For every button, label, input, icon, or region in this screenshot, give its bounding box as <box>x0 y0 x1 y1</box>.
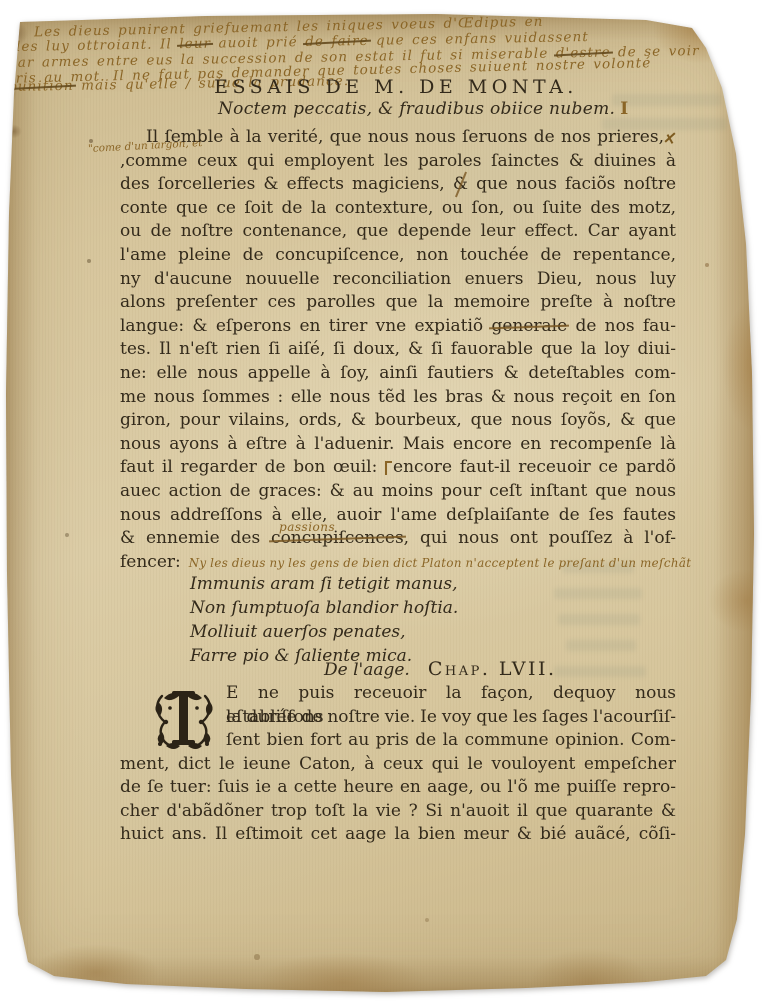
body-line: fencer:Ny les dieus ny les gens de bien … <box>120 551 676 575</box>
body-paragraph-2: E ne puis receuoir la façon, dequoy nous… <box>120 682 676 847</box>
page-wrapper: Les dieus punirent griefuemant les iniqu… <box>0 0 768 1007</box>
body-line: ment, dict le ieune Caton, à ceux qui le… <box>120 753 676 777</box>
chapter-number: Chap. LVII. <box>428 658 557 680</box>
body-line: nous addreſſons à elle, auoir l'ame deſp… <box>120 504 676 528</box>
body-line: ny d'aucune nouuelle reconciliation enue… <box>120 268 676 292</box>
bleedthrough-mark <box>554 666 646 677</box>
body-line: conte que ce ſoit de la contexture, ou ſ… <box>120 197 676 221</box>
line-text: Il ſemble à la verité, que nous nous ſer… <box>146 127 664 147</box>
slashed-ampersand: & <box>453 174 468 194</box>
struck-word: concupiſcencespassions <box>271 528 404 548</box>
body-line: cher d'abãdõner trop toſt la vie ? Si n'… <box>120 800 676 824</box>
annotation-text: auoit prié <box>211 34 305 52</box>
chapter-heading: De l'aage.Chap. LVII. <box>324 658 557 680</box>
pen-bracket-mark <box>385 461 392 475</box>
body-line: me nous ſommes : elle nous tẽd les bras … <box>120 386 676 410</box>
body-line: ,comme ceux qui employent les paroles ſa… <box>120 150 676 174</box>
bleedthrough-mark <box>554 588 642 599</box>
line-text: de nos fau- <box>567 316 676 336</box>
body-line: Il ſemble à la verité, que nous nous ſer… <box>120 126 676 150</box>
struck-word: generale <box>491 316 567 336</box>
line-text: des ſorcelleries & effects magiciens, <box>120 174 453 194</box>
scanned-book-photo: Les dieus punirent griefuemant les iniqu… <box>0 0 768 1007</box>
book-page: Les dieus punirent griefuemant les iniqu… <box>6 14 754 992</box>
struck-word: de faire <box>305 33 369 50</box>
line-text: langue: & eſperons en tirer vne expiatiõ <box>120 316 491 336</box>
body-line: ne: elle nous appelle à ſoy, ainſi fauti… <box>120 362 676 386</box>
body-line: giron, pour vilains, ords, & bourbeux, q… <box>120 409 676 433</box>
line-text: que nous faciõs noſtre <box>468 174 676 194</box>
body-line: auec action de graces: & au moins pour c… <box>120 480 676 504</box>
body-line: ou de noſtre contenance, que depende leu… <box>120 220 676 244</box>
body-line: des ſorcelleries & effects magiciens, & … <box>120 173 676 197</box>
body-line: E ne puis receuoir la façon, dequoy nous… <box>120 682 676 706</box>
struck-word: punition <box>8 78 74 95</box>
ink-specks <box>6 14 8 16</box>
body-line: langue: & eſperons en tirer vne expiatiõ… <box>120 315 676 339</box>
bleedthrough-mark <box>566 640 636 651</box>
epigraph-text: Noctem peccatis, & fraudibus obiice nube… <box>218 99 615 119</box>
line-text: faut il regarder de bon œuil: <box>120 457 385 477</box>
interline-correction: passions <box>279 516 335 540</box>
body-line: de ſe tuer: ſuis ie a cette heure en aag… <box>120 776 676 800</box>
body-line: tes. Il n'eſt rien ſi aiſé, ſi doux, & ſ… <box>120 338 676 362</box>
pen-insertion-mark: I <box>620 99 628 119</box>
struck-word: leur <box>179 36 211 53</box>
pen-cross-mark <box>664 131 676 144</box>
line-text: fencer: <box>120 552 181 572</box>
body-line: l'ame pleine de concupiſcence, non touch… <box>120 244 676 268</box>
body-line: nous ayons à eſtre à l'aduenir. Mais enc… <box>120 433 676 457</box>
body-paragraph-1: Il ſemble à la verité, que nous nous ſer… <box>120 126 676 574</box>
body-line: la durée de noſtre vie. Ie voy que les ſ… <box>120 706 676 730</box>
line-text: & ennemie des <box>120 528 271 548</box>
running-header: ESSAIS DE M. DE MONTA. <box>136 76 656 98</box>
body-line: faut il regarder de bon œuil: encore fau… <box>120 456 676 480</box>
verse-line: Immunis aram ſi tetigit manus, <box>190 572 458 596</box>
verse-block: Immunis aram ſi tetigit manus, Non ſumpt… <box>190 572 458 668</box>
bleedthrough-mark <box>558 614 640 625</box>
body-line: ſent bien fort au pris de la commune opi… <box>120 729 676 753</box>
chapter-title: De l'aage. <box>324 660 410 680</box>
body-line: huict ans. Il eſtimoit cet aage la bien … <box>120 823 676 847</box>
body-line: alons preſenter ces parolles que la memo… <box>120 291 676 315</box>
line-text: encore faut-il receuoir ce pardõ <box>393 457 676 477</box>
latin-epigraph: Noctem peccatis, & fraudibus obiice nube… <box>218 99 629 119</box>
inline-annotation: Ny les dieus ny les gens de bien dict Pl… <box>189 556 692 570</box>
line-text: , qui nous ont pouſſez à l'of- <box>404 528 676 548</box>
verse-line: Molliuit auerſos penates, <box>190 620 458 644</box>
body-line: & ennemie des concupiſcencespassions, qu… <box>120 527 676 551</box>
verse-line: Non ſumptuoſa blandior hoſtia. <box>190 596 458 620</box>
